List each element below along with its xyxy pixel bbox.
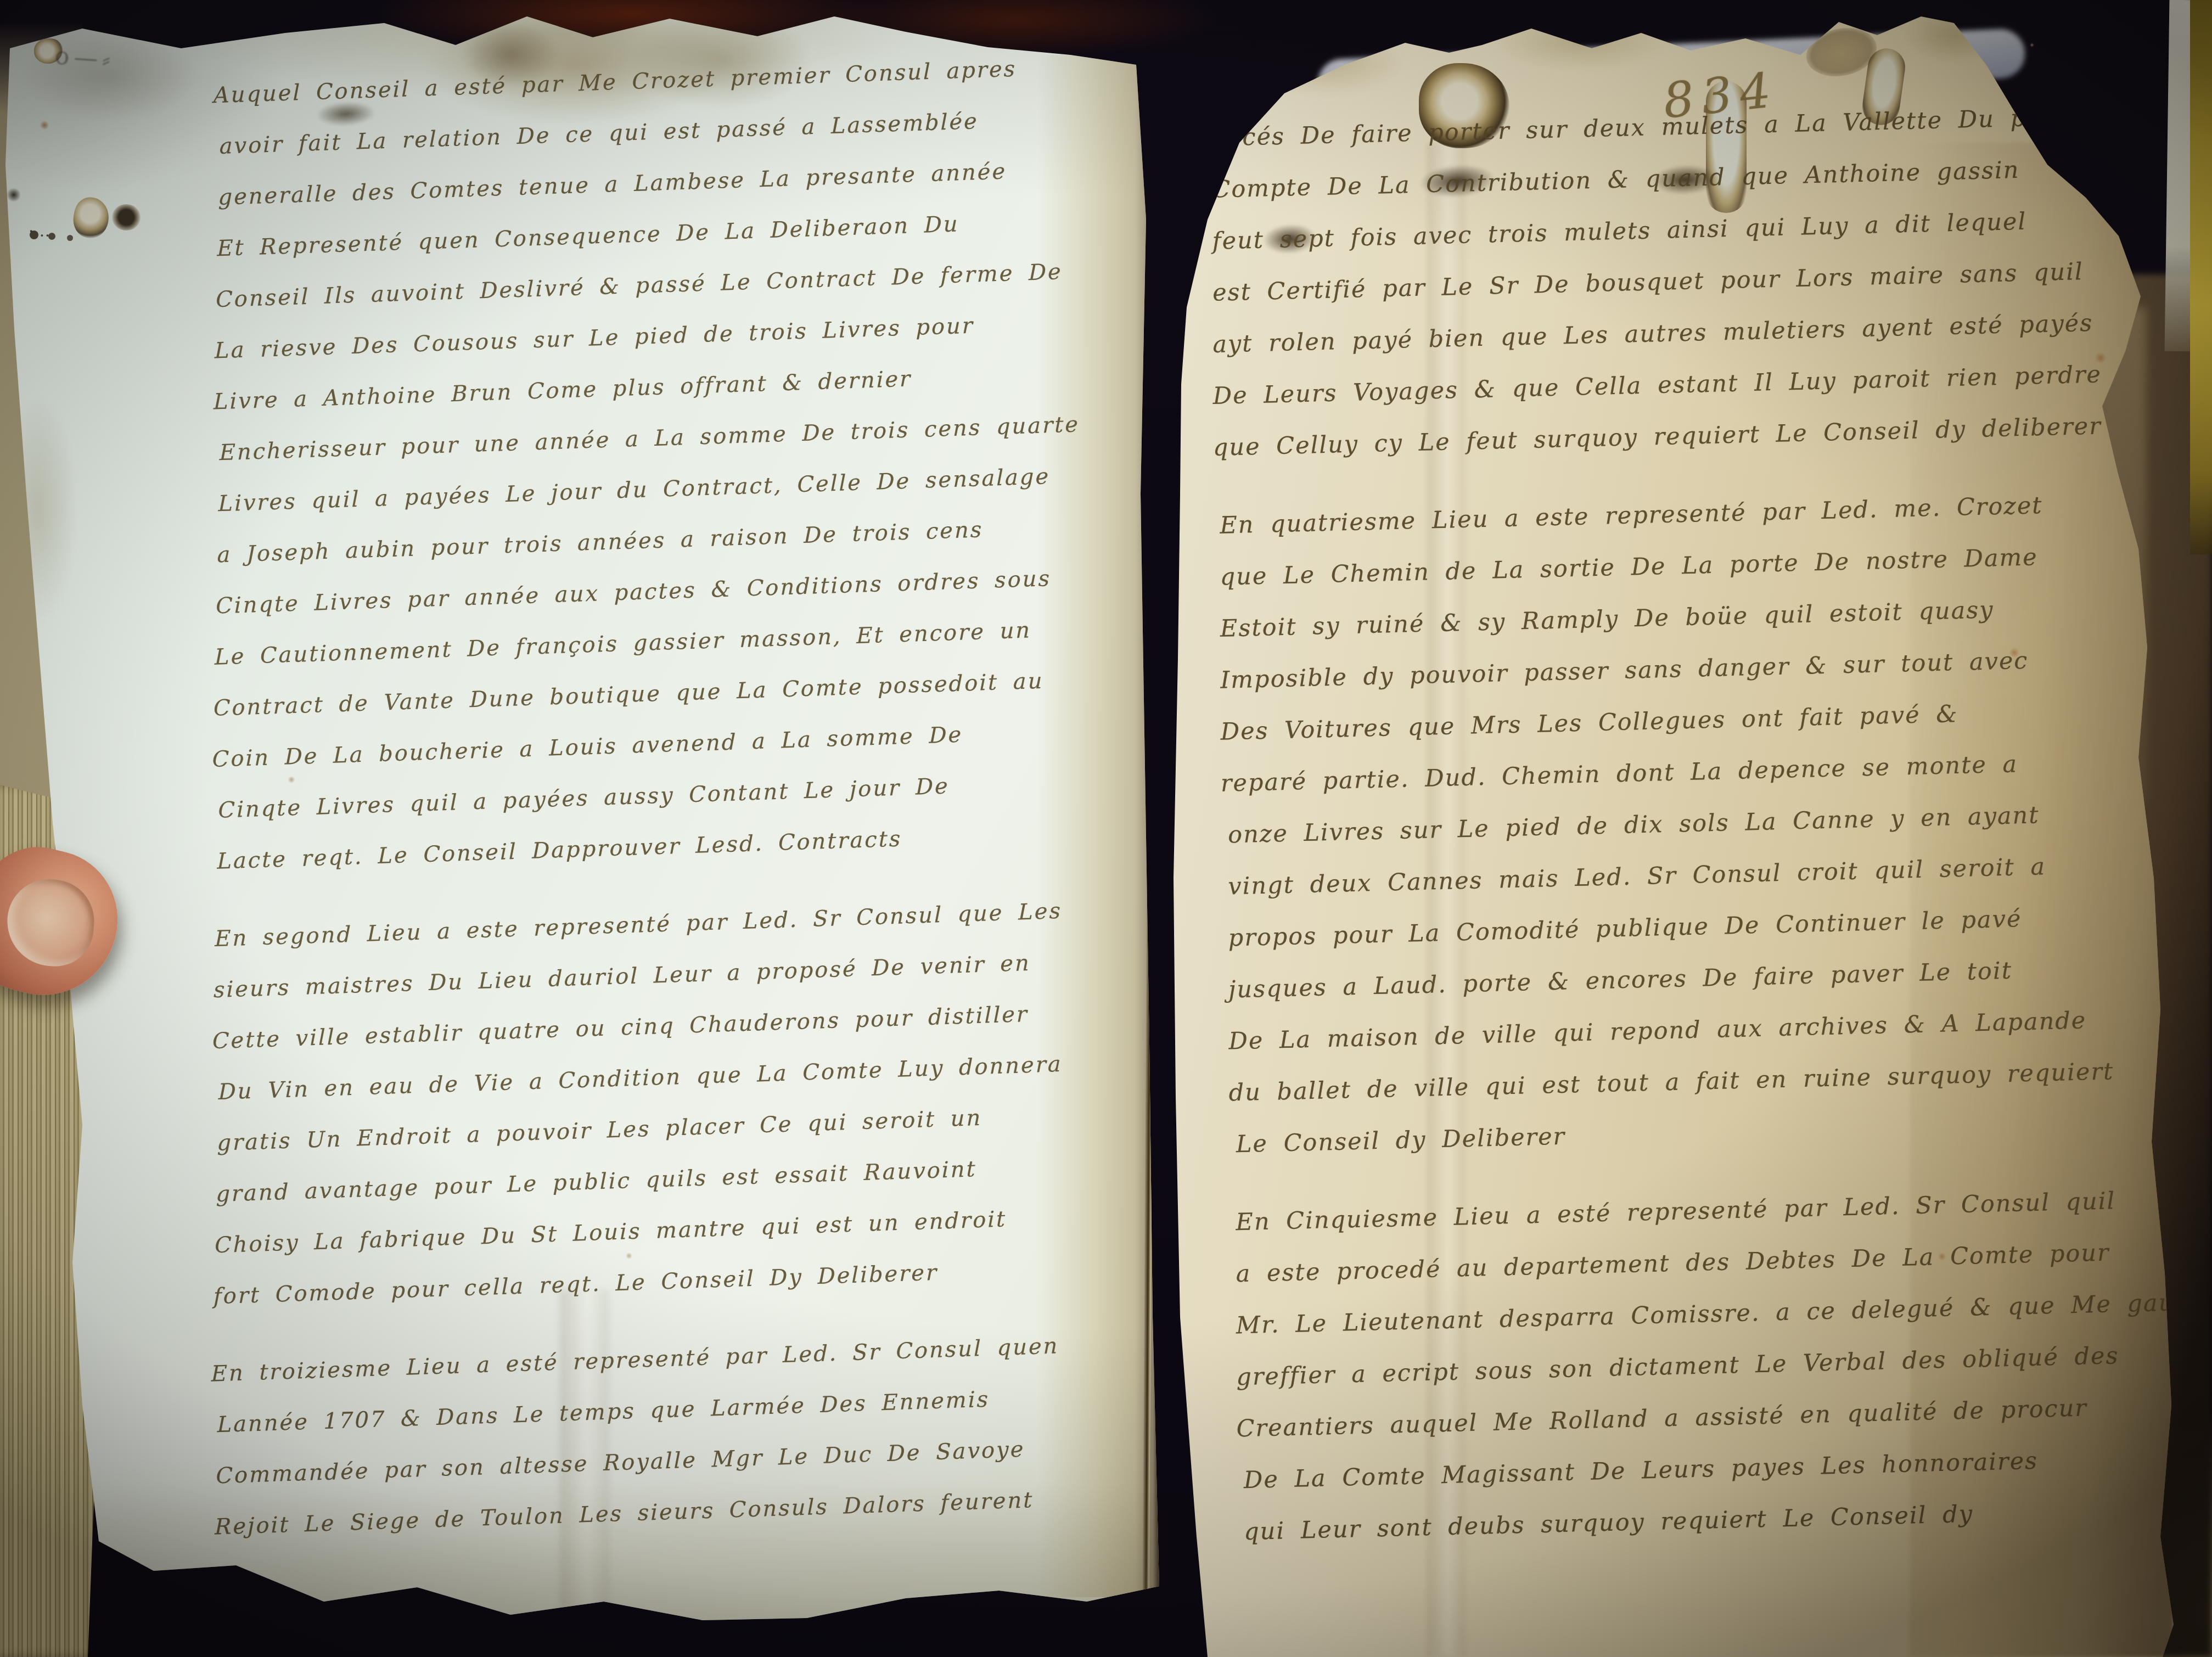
worm-hole (70, 195, 112, 241)
right-page-text: forcés De faire porter sur deux mulets a… (1208, 89, 2192, 1558)
margin-smudge-mark: o—⸗ (54, 42, 115, 74)
book-cover-edge-yellow (2190, 0, 2212, 554)
manuscript-photo: o—⸗ ·‥ Auquel Conseil a esté par Me Croz… (0, 0, 2212, 1657)
thumb-nail (4, 877, 97, 969)
left-page-text: Auquel Conseil a esté par Me Crozet prem… (214, 40, 1144, 1553)
ink-dot (67, 235, 73, 241)
margin-dots-mark: ·‥ (29, 222, 56, 241)
ink-blot (112, 204, 141, 231)
ink-blot (7, 188, 21, 202)
foxing-spot (40, 121, 49, 130)
